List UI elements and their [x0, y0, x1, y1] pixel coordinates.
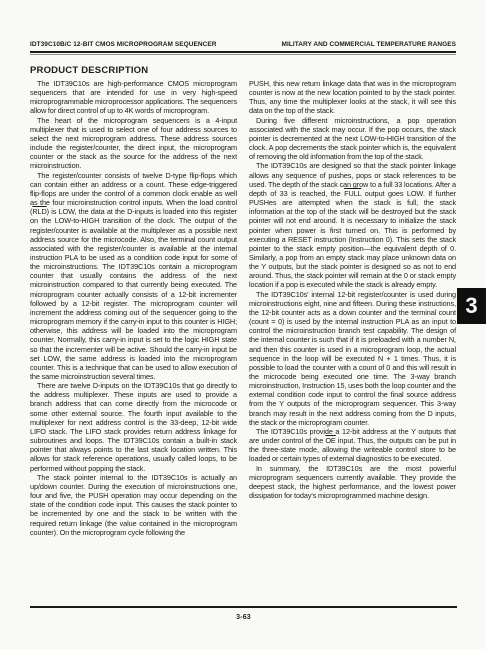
paragraph: PUSH, this new return linkage data that … — [249, 79, 456, 116]
paragraph-text: The IDT39C10s' internal 12-bit register/… — [249, 290, 456, 427]
overline-signal-name: RLD — [32, 207, 46, 216]
left-column: The IDT39C10s are high-performance CMOS … — [30, 79, 237, 537]
page-footer: 3-63 — [30, 606, 457, 621]
paragraph-text: During five different microinstructions,… — [249, 116, 456, 162]
paragraph: The heart of the microprogram sequencers… — [30, 116, 237, 171]
section-tab: 3 — [457, 288, 486, 324]
footer-rule — [30, 606, 457, 608]
paragraph: The IDT39C10s provide a 12-bit address a… — [249, 427, 456, 464]
header-right-title: MILITARY AND COMMERCIAL TEMPERATURE RANG… — [282, 41, 456, 48]
body-columns: The IDT39C10s are high-performance CMOS … — [30, 79, 456, 537]
paragraph-text: output goes LOW. If further PUSHes are a… — [249, 189, 456, 290]
section-tab-number: 3 — [465, 293, 477, 319]
paragraph: In summary, the IDT39C10s are the most p… — [249, 464, 456, 501]
paragraph-text: The IDT39C10s are high-performance CMOS … — [30, 79, 237, 115]
datasheet-page: IDT39C10B/C 12-BIT CMOS MICROPROGRAM SEQ… — [0, 0, 486, 649]
overline-signal-name: FULL — [344, 189, 361, 198]
page-header: IDT39C10B/C 12-BIT CMOS MICROPROGRAM SEQ… — [0, 0, 486, 48]
paragraph-text: The heart of the microprogram sequencers… — [30, 116, 237, 171]
paragraph-text: In summary, the IDT39C10s are the most p… — [249, 464, 456, 500]
paragraph: The IDT39C10s are high-performance CMOS … — [30, 79, 237, 116]
paragraph-text: ) is LOW, the data at the D-inputs is lo… — [30, 207, 237, 381]
page-number: 3-63 — [30, 614, 457, 621]
overline-signal-name: OE — [325, 436, 335, 445]
header-rule-top — [30, 51, 456, 53]
section-heading: PRODUCT DESCRIPTION — [30, 65, 456, 76]
paragraph: The IDT39C10s' internal 12-bit register/… — [249, 290, 456, 427]
paragraph: The stack pointer internal to the IDT39C… — [30, 473, 237, 537]
paragraph: The register/counter consists of twelve … — [30, 171, 237, 382]
header-rule-bottom — [30, 54, 456, 55]
paragraph: During five different microinstructions,… — [249, 116, 456, 162]
paragraph: The IDT39C10s are designed so that the s… — [249, 161, 456, 289]
paragraph-text: PUSH, this new return linkage data that … — [249, 79, 456, 115]
paragraph: There are twelve D-inputs on the IDT39C1… — [30, 381, 237, 473]
header-left-title: IDT39C10B/C 12-BIT CMOS MICROPROGRAM SEQ… — [30, 41, 217, 48]
paragraph-text: There are twelve D-inputs on the IDT39C1… — [30, 381, 237, 472]
paragraph-text: The stack pointer internal to the IDT39C… — [30, 473, 237, 537]
right-column: PUSH, this new return linkage data that … — [249, 79, 456, 537]
